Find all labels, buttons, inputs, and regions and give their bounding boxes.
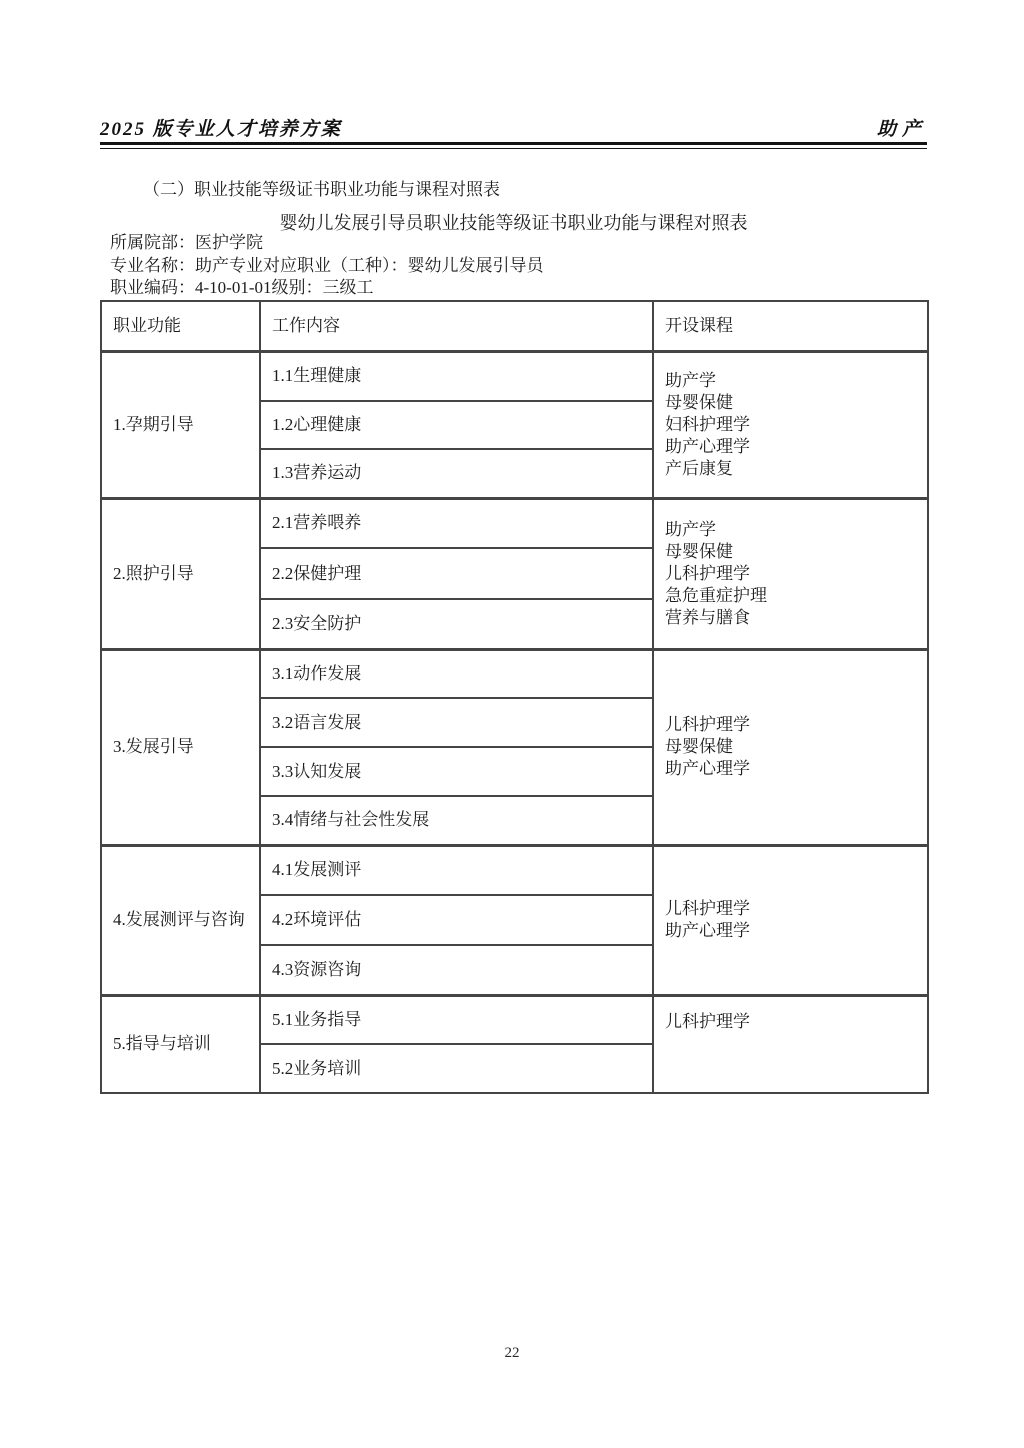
- section-title: （二）职业技能等级证书职业功能与课程对照表: [143, 175, 500, 200]
- function-cell: 1.孕期引导: [101, 351, 260, 498]
- task-cell: 3.3认知发展: [260, 747, 653, 796]
- col-header-function: 职业功能: [101, 301, 260, 351]
- function-cell: 2.照护引导: [101, 498, 260, 649]
- task-cell: 5.1业务指导: [260, 995, 653, 1044]
- function-cell: 5.指导与培训: [101, 995, 260, 1093]
- table-row: 3.发展引导 3.1动作发展 儿科护理学 母婴保健 助产心理学: [101, 649, 928, 698]
- course-item: 儿科护理学: [665, 714, 919, 736]
- course-item: 儿科护理学: [665, 563, 919, 585]
- course-item: 营养与膳食: [665, 607, 919, 629]
- course-item: 母婴保健: [665, 541, 919, 563]
- table-row: 5.指导与培训 5.1业务指导 儿科护理学: [101, 995, 928, 1044]
- header-right-title: 助产: [877, 114, 927, 141]
- task-cell: 3.1动作发展: [260, 649, 653, 698]
- courses-cell: 儿科护理学 助产心理学: [653, 845, 928, 995]
- courses-cell: 助产学 母婴保健 妇科护理学 助产心理学 产后康复: [653, 351, 928, 498]
- task-cell: 2.1营养喂养: [260, 498, 653, 548]
- header-divider: [100, 142, 927, 149]
- course-item: 助产心理学: [665, 436, 919, 458]
- task-cell: 1.3营养运动: [260, 449, 653, 498]
- page-header: 2025 版专业人才培养方案 助产: [100, 114, 927, 141]
- task-cell: 4.1发展测评: [260, 845, 653, 895]
- course-item: 助产学: [665, 519, 919, 541]
- page-number: 22: [0, 1345, 1024, 1362]
- header-left-title: 2025 版专业人才培养方案: [100, 114, 342, 141]
- course-item: 助产学: [665, 370, 919, 392]
- function-cell: 4.发展测评与咨询: [101, 845, 260, 995]
- col-header-tasks: 工作内容: [260, 301, 653, 351]
- course-item: 儿科护理学: [665, 898, 919, 920]
- col-header-courses: 开设课程: [653, 301, 928, 351]
- task-cell: 2.2保健护理: [260, 548, 653, 599]
- task-cell: 4.3资源咨询: [260, 945, 653, 995]
- task-cell: 1.1生理健康: [260, 351, 653, 401]
- task-cell: 3.2语言发展: [260, 698, 653, 747]
- courses-cell: 助产学 母婴保健 儿科护理学 急危重症护理 营养与膳食: [653, 498, 928, 649]
- course-item: 母婴保健: [665, 736, 919, 758]
- meta-major: 专业名称：助产专业对应职业（工种）：婴幼儿发展引导员: [110, 255, 544, 278]
- courses-cell: 儿科护理学 母婴保健 助产心理学: [653, 649, 928, 845]
- mapping-table: 职业功能 工作内容 开设课程 1.孕期引导 1.1生理健康 助产学 母婴保健 妇…: [100, 300, 929, 1094]
- courses-cell: 儿科护理学: [653, 995, 928, 1093]
- task-cell: 4.2环境评估: [260, 895, 653, 945]
- course-item: 产后康复: [665, 458, 919, 480]
- table-header-row: 职业功能 工作内容 开设课程: [101, 301, 928, 351]
- course-item: 急危重症护理: [665, 585, 919, 607]
- task-cell: 5.2业务培训: [260, 1044, 653, 1093]
- function-cell: 3.发展引导: [101, 649, 260, 845]
- task-cell: 2.3安全防护: [260, 599, 653, 649]
- course-item: 儿科护理学: [665, 1011, 919, 1033]
- course-item: 助产心理学: [665, 920, 919, 942]
- table-row: 2.照护引导 2.1营养喂养 助产学 母婴保健 儿科护理学 急危重症护理 营养与…: [101, 498, 928, 548]
- course-item: 母婴保健: [665, 392, 919, 414]
- meta-code: 职业编码：4-10-01-01级别：三级工: [110, 277, 544, 300]
- table-row: 1.孕期引导 1.1生理健康 助产学 母婴保健 妇科护理学 助产心理学 产后康复: [101, 351, 928, 401]
- course-item: 助产心理学: [665, 758, 919, 780]
- task-cell: 3.4情绪与社会性发展: [260, 796, 653, 845]
- meta-block: 所属院部：医护学院 专业名称：助产专业对应职业（工种）：婴幼儿发展引导员 职业编…: [110, 232, 544, 300]
- meta-department: 所属院部：医护学院: [110, 232, 544, 255]
- table-row: 4.发展测评与咨询 4.1发展测评 儿科护理学 助产心理学: [101, 845, 928, 895]
- task-cell: 1.2心理健康: [260, 401, 653, 449]
- course-item: 妇科护理学: [665, 414, 919, 436]
